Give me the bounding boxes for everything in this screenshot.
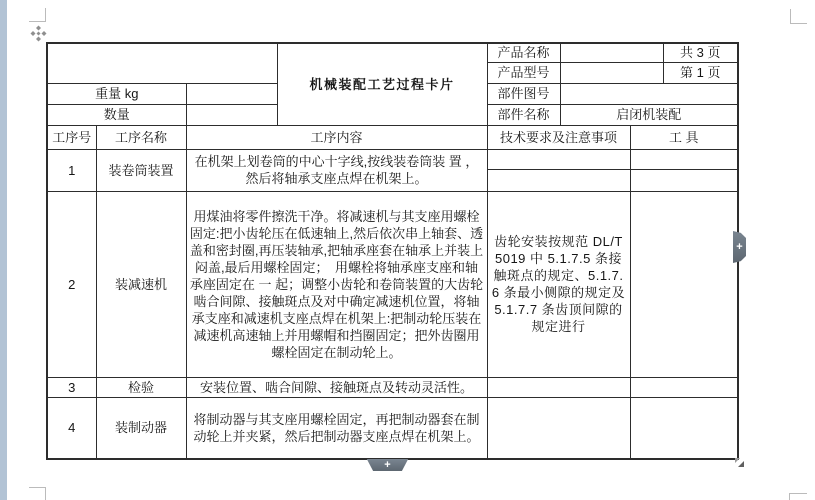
process-content[interactable]: 用煤油将零件擦洗干净。将减速机与其支座用螺栓固定:把小齿轮压在低速轴上,然后依次… xyxy=(186,191,487,377)
process-requirements[interactable] xyxy=(487,377,630,397)
weight-value[interactable] xyxy=(186,83,277,104)
current-page: 第 1 页 xyxy=(663,62,738,83)
process-requirements[interactable] xyxy=(487,149,630,169)
add-row-button[interactable]: + xyxy=(365,459,410,471)
table-row: 2 装减速机 用煤油将零件擦洗干净。将减速机与其支座用螺栓固定:把小齿轮压在低速… xyxy=(47,191,738,377)
process-tools[interactable] xyxy=(630,397,738,459)
process-tools[interactable] xyxy=(630,191,738,377)
process-content[interactable]: 安装位置、啮合间隙、接触斑点及转动灵活性。 xyxy=(186,377,487,397)
total-pages: 共 3 页 xyxy=(663,43,738,62)
column-header-no: 工序号 xyxy=(47,125,96,149)
part-drawing-no-label: 部件图号 xyxy=(487,83,560,104)
process-no: 3 xyxy=(47,377,96,397)
quantity-value[interactable] xyxy=(186,104,277,125)
product-model-value[interactable] xyxy=(560,62,663,83)
process-name: 装减速机 xyxy=(96,191,186,377)
margin-mark-bottom-right-icon xyxy=(789,493,807,494)
process-requirements[interactable]: 齿轮安装按规范 DL/T5019 中 5.1.7.5 条接触斑点的规定、5.1.… xyxy=(487,191,630,377)
quantity-label: 数量 xyxy=(47,104,186,125)
process-requirements-sub[interactable] xyxy=(487,169,630,191)
column-header-tools: 工 具 xyxy=(630,125,738,149)
margin-mark-bottom-right-icon xyxy=(789,493,790,500)
process-content[interactable]: 将制动器与其支座用螺栓固定，再把制动器套在制动轮上并夹紧，然后把制动器支座点焊在… xyxy=(186,397,487,459)
process-card-table: 机械装配工艺过程卡片 产品名称 共 3 页 产品型号 第 1 页 重量 kg 部… xyxy=(46,42,739,460)
add-column-button[interactable]: + xyxy=(733,231,746,263)
word-processor-page: 机械装配工艺过程卡片 产品名称 共 3 页 产品型号 第 1 页 重量 kg 部… xyxy=(0,0,815,500)
margin-mark-top-left-icon xyxy=(45,8,46,22)
process-tools[interactable] xyxy=(630,377,738,397)
margin-mark-bottom-left-icon xyxy=(29,487,46,488)
plus-icon: + xyxy=(384,460,390,471)
plus-icon: + xyxy=(736,242,742,253)
table-move-handle-icon[interactable] xyxy=(30,25,47,42)
process-no: 1 xyxy=(47,149,96,191)
process-tools[interactable] xyxy=(630,149,738,169)
part-drawing-no-value[interactable] xyxy=(560,83,738,104)
product-model-label: 产品型号 xyxy=(487,62,560,83)
product-name-value[interactable] xyxy=(560,43,663,62)
column-header-content: 工序内容 xyxy=(186,125,487,149)
margin-mark-top-left-icon xyxy=(29,21,46,22)
weight-label: 重量 kg xyxy=(47,83,186,104)
process-no: 4 xyxy=(47,397,96,459)
header-blank-cell[interactable] xyxy=(47,43,277,83)
table-row: 1 装卷筒装置 在机架上划卷筒的中心十字线,按线装卷筒装 置 ，然后将轴承支座点… xyxy=(47,149,738,169)
column-header-requirements: 技术要求及注意事项 xyxy=(487,125,630,149)
process-requirements[interactable] xyxy=(487,397,630,459)
process-name: 检验 xyxy=(96,377,186,397)
product-name-label: 产品名称 xyxy=(487,43,560,62)
process-name: 装卷筒装置 xyxy=(96,149,186,191)
process-no: 2 xyxy=(47,191,96,377)
table-row: 3 检验 安装位置、啮合间隙、接触斑点及转动灵活性。 xyxy=(47,377,738,397)
margin-mark-top-right-icon xyxy=(790,9,791,24)
column-header-name: 工序名称 xyxy=(96,125,186,149)
process-tools-sub[interactable] xyxy=(630,169,738,191)
part-name-label: 部件名称 xyxy=(487,104,560,125)
table-resize-handle-icon[interactable] xyxy=(734,455,745,466)
card-title: 机械装配工艺过程卡片 xyxy=(277,43,487,125)
process-content[interactable]: 在机架上划卷筒的中心十字线,按线装卷筒装 置 ，然后将轴承支座点焊在机架上。 xyxy=(186,149,487,191)
margin-mark-bottom-left-icon xyxy=(45,487,46,500)
window-edge-strip xyxy=(0,0,7,500)
margin-mark-top-right-icon xyxy=(790,23,807,24)
table-row: 4 装制动器 将制动器与其支座用螺栓固定，再把制动器套在制动轮上并夹紧，然后把制… xyxy=(47,397,738,459)
process-name: 装制动器 xyxy=(96,397,186,459)
part-name-value: 启闭机装配 xyxy=(560,104,738,125)
